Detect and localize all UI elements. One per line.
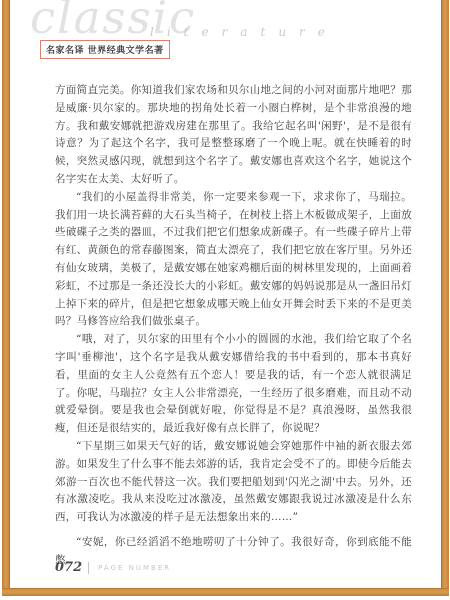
page-border-right — [441, 0, 449, 596]
page-number: 072 — [55, 560, 82, 575]
decorative-script-literature: literature — [150, 25, 338, 39]
page-number-label: PAGE NUMBER — [98, 564, 171, 572]
body-text: 方面简直完美。你知道我们家农场和贝尔山地之间的小河对面那片地吧？那是威廉·贝尔家… — [55, 82, 412, 570]
page-border-bottom — [2, 588, 449, 596]
book-page: classic literature 名家名译 世界经典文学名著 方面简直完美。… — [0, 0, 450, 600]
paragraph-1: 方面简直完美。你知道我们家农场和贝尔山地之间的小河对面那片地吧？那是威廉·贝尔家… — [55, 82, 412, 189]
paragraph-2: “我们的小屋盖得非常美，你一定要来参观一下，求求你了，马瑞拉。我们用一块长满苔藓… — [55, 189, 412, 331]
page-footer: 072 PAGE NUMBER — [55, 560, 171, 575]
footer-divider — [88, 562, 89, 574]
paragraph-4: “下星期三如果天气好的话，戴安娜说她会穿她那件中袖的新衣服去郊游。如果发生了什么… — [55, 438, 412, 527]
page-border-left — [2, 0, 10, 596]
paragraph-3: “哦，对了，贝尔家的田里有个小小的圆圆的水池，我们给它取了个名字叫'垂柳池'，这… — [55, 331, 412, 438]
series-badge: 名家名译 世界经典文学名著 — [40, 40, 170, 59]
